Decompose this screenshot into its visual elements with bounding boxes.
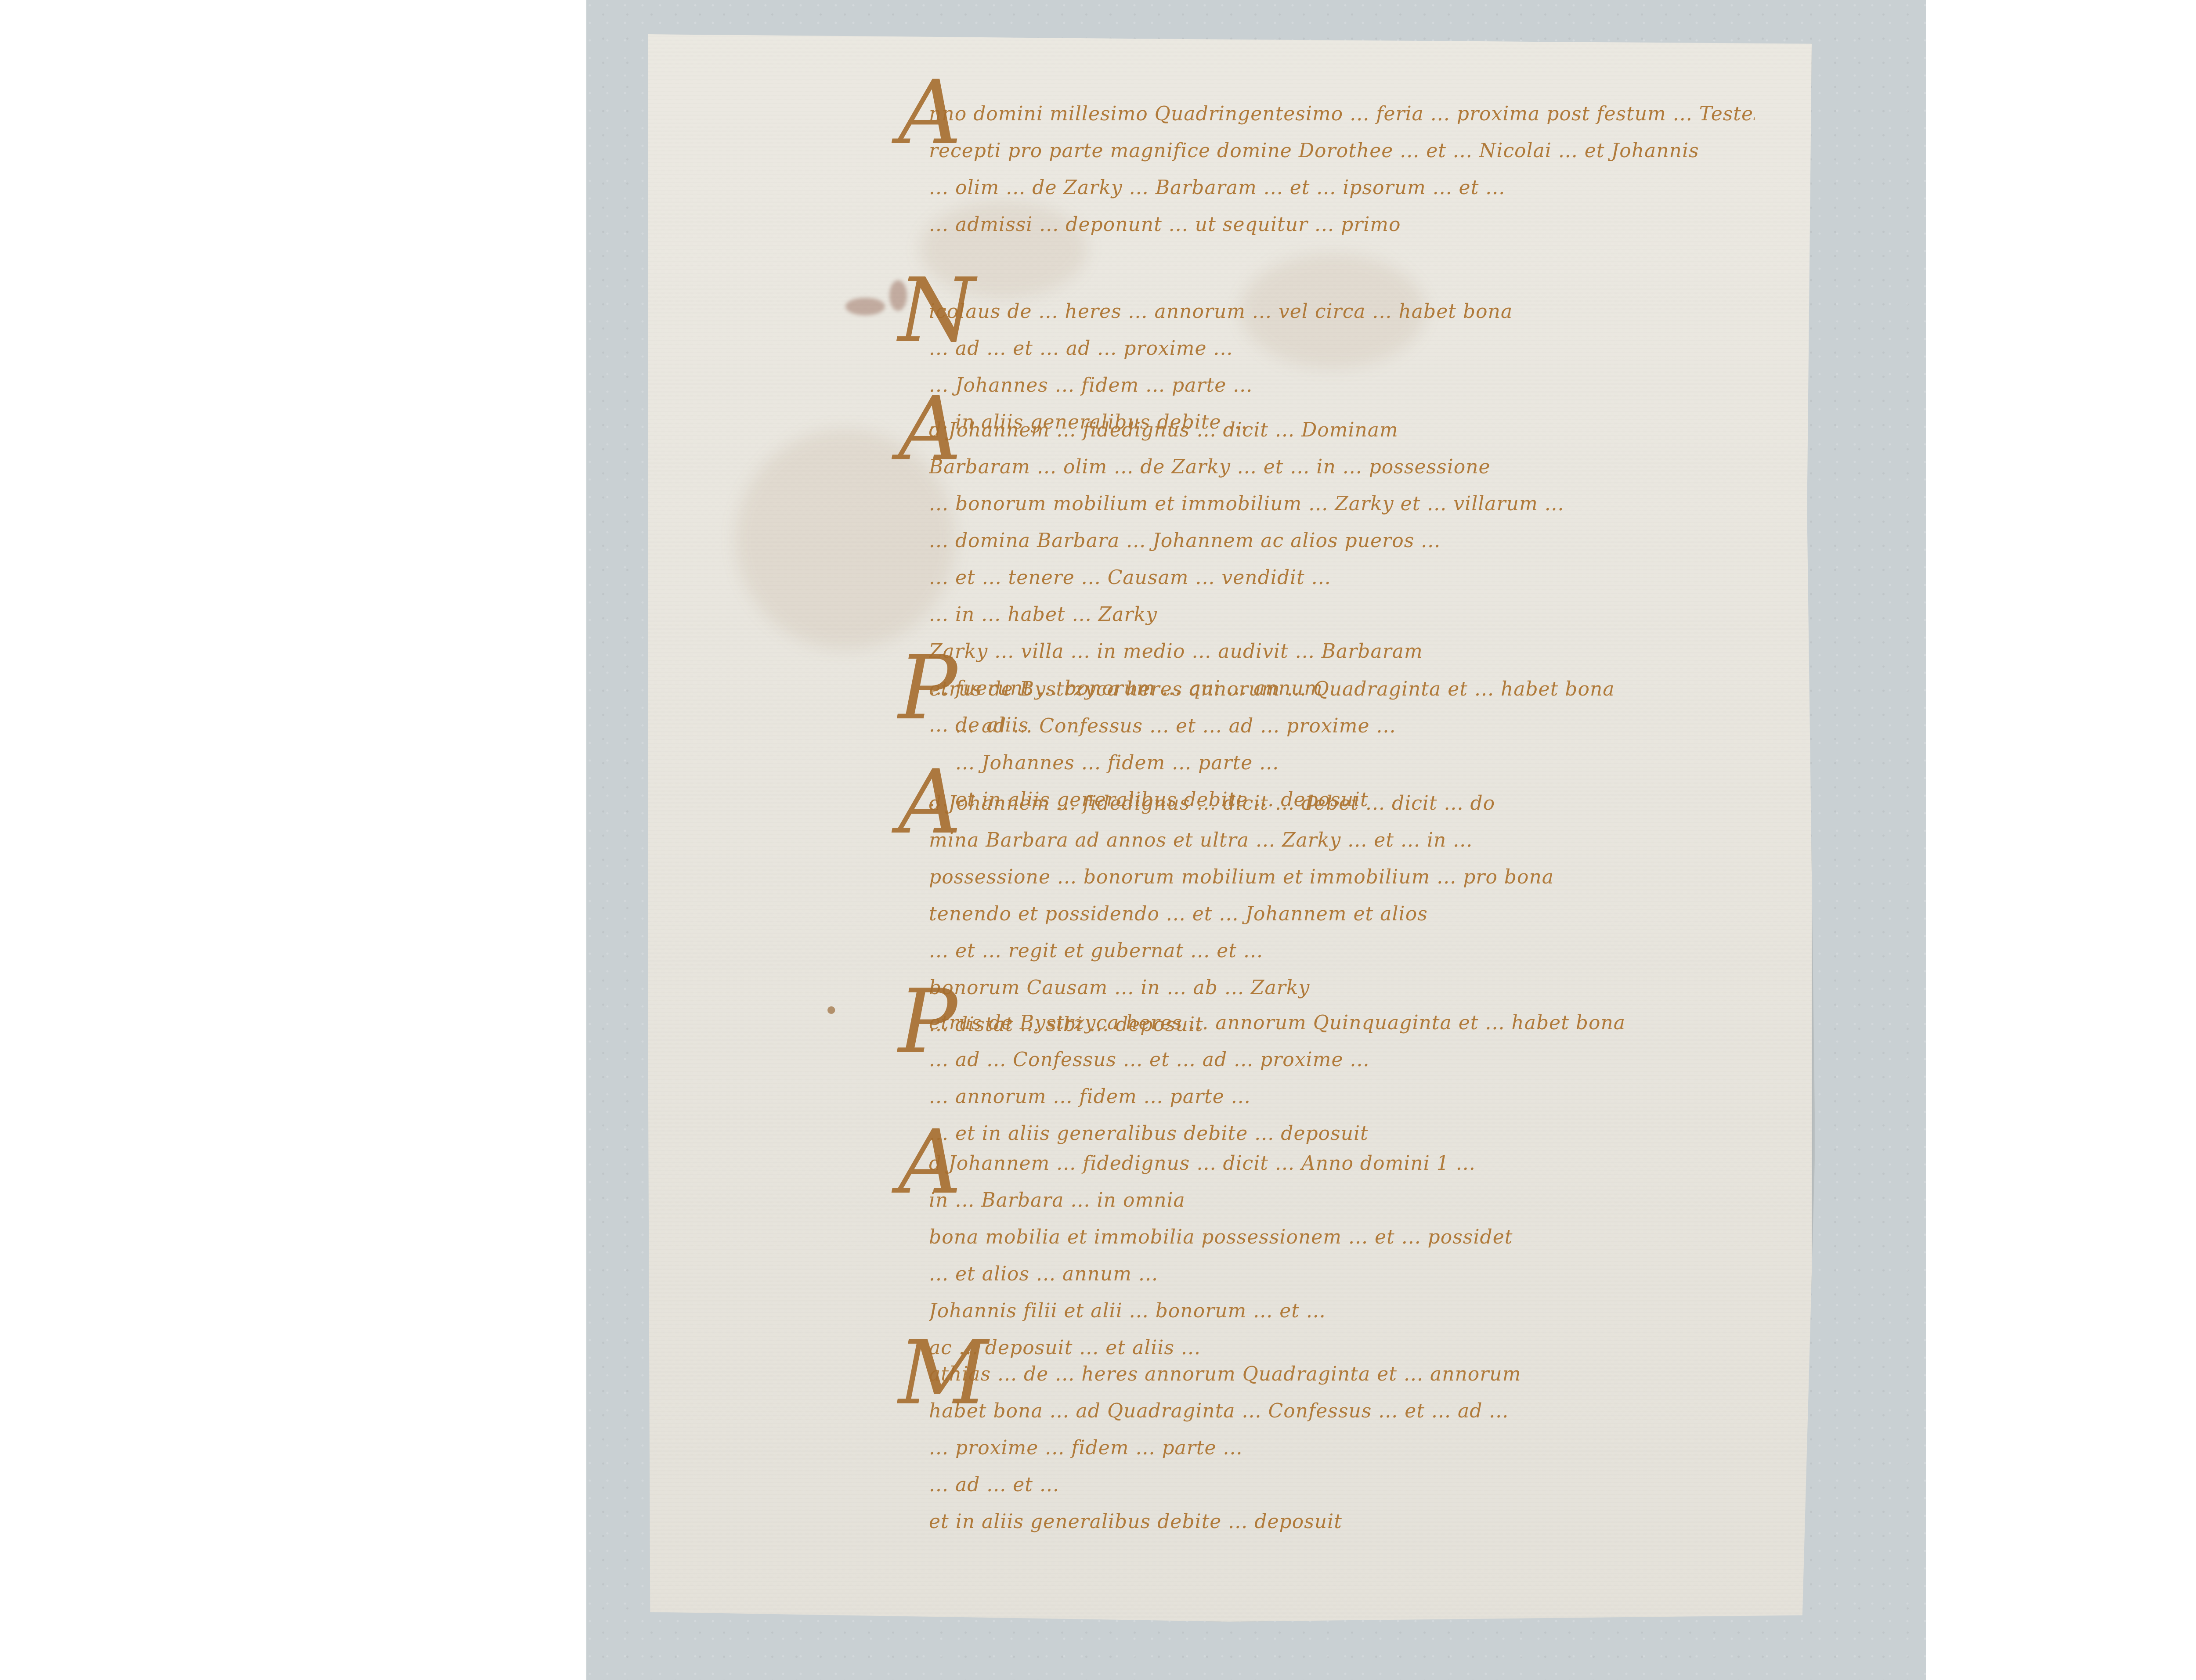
text-line: Barbaram ... olim ... de Zarky ... et ..… [929,449,1755,486]
paragraph-6: P etrus de Bystrzyca heres ... annorum Q… [929,1005,1755,1152]
text-line: ... Johannes ... fidem ... parte ... [929,745,1755,782]
drop-initial: P [898,978,958,1066]
drop-initial: A [898,759,962,847]
text-line: ... proxime ... fidem ... parte ... [929,1430,1755,1467]
text-line: bona mobilia et immobilia possessionem .… [929,1219,1755,1256]
paragraph-8: M athias ... de ... heres annorum Quadra… [929,1356,1755,1540]
text-line: habet bona ... ad Quadraginta ... Confes… [929,1393,1755,1430]
drop-initial: N [898,267,975,355]
text-line: ... in ... habet ... Zarky [929,596,1755,633]
drop-initial: P [898,645,958,732]
text-line: possessione ... bonorum mobilium et immo… [929,859,1755,896]
text-line: Zarky ... villa ... in medio ... audivit… [929,633,1755,670]
text-line: ... ad ... et ... [929,1467,1755,1503]
drop-initial: A [898,1119,962,1207]
text-line: ... domina Barbara ... Johannem ac alios… [929,523,1755,559]
text-line: recepti pro parte magnifice domine Dorot… [929,133,1755,169]
text-line: ... annorum ... fidem ... parte ... [929,1078,1755,1115]
text-line: ... ad ... Confessus ... et ... ad ... p… [929,1042,1755,1078]
paragraph-1: A nno domini millesimo Quadringentesimo … [929,96,1755,243]
text-line: et in aliis generalibus debite ... depos… [929,1503,1755,1540]
ink-blot-mark: • [823,996,839,1027]
text-line: athias ... de ... heres annorum Quadragi… [929,1356,1755,1393]
text-line: ... ad ... Confessus ... et ... ad ... p… [929,708,1755,745]
text-line: bonorum Causam ... in ... ab ... Zarky [929,970,1755,1006]
rust-stain [845,298,885,315]
drop-initial: M [898,1330,989,1417]
text-line: ... et ... tenere ... Causam ... vendidi… [929,559,1755,596]
text-line: icolaus de ... heres ... annorum ... vel… [929,293,1755,330]
drop-initial: A [898,386,962,473]
text-line: etrus de Bystrzyca heres annorum ... Qua… [929,671,1755,708]
text-line: etrus de Bystrzyca heres ... annorum Qui… [929,1005,1755,1042]
text-line: ... olim ... de Zarky ... Barbaram ... e… [929,169,1755,206]
text-line: Johannis filii et alii ... bonorum ... e… [929,1293,1755,1330]
text-line: ... ad ... et ... ad ... proxime ... [929,330,1755,367]
text-line: ... et ... regit et gubernat ... et ... [929,933,1755,970]
text-line: in ... Barbara ... in omnia [929,1182,1755,1219]
text-line: d Johannem ... fidedignus ... dicit ... … [929,785,1755,822]
manuscript-sheet: • A nno domini millesimo Quadringentesim… [648,34,1812,1622]
text-line: tenendo et possidendo ... et ... Johanne… [929,896,1755,933]
text-line: nno domini millesimo Quadringentesimo ..… [929,96,1755,133]
text-line: ... admissi ... deponunt ... ut sequitur… [929,206,1755,243]
drop-initial: A [898,69,962,157]
text-line: ... et alios ... annum ... [929,1256,1755,1293]
text-line: ... Johannes ... fidem ... parte ... [929,367,1755,404]
paragraph-7: A d Johannem ... fidedignus ... dicit ..… [929,1145,1755,1366]
text-line: ... bonorum mobilium et immobilium ... Z… [929,486,1755,523]
text-line: mina Barbara ad annos et ultra ... Zarky… [929,822,1755,859]
text-line: d Johannem ... fidedignus ... dicit ... … [929,1145,1755,1182]
text-line: d Johannem ... fidedignus ... dicit ... … [929,412,1755,449]
